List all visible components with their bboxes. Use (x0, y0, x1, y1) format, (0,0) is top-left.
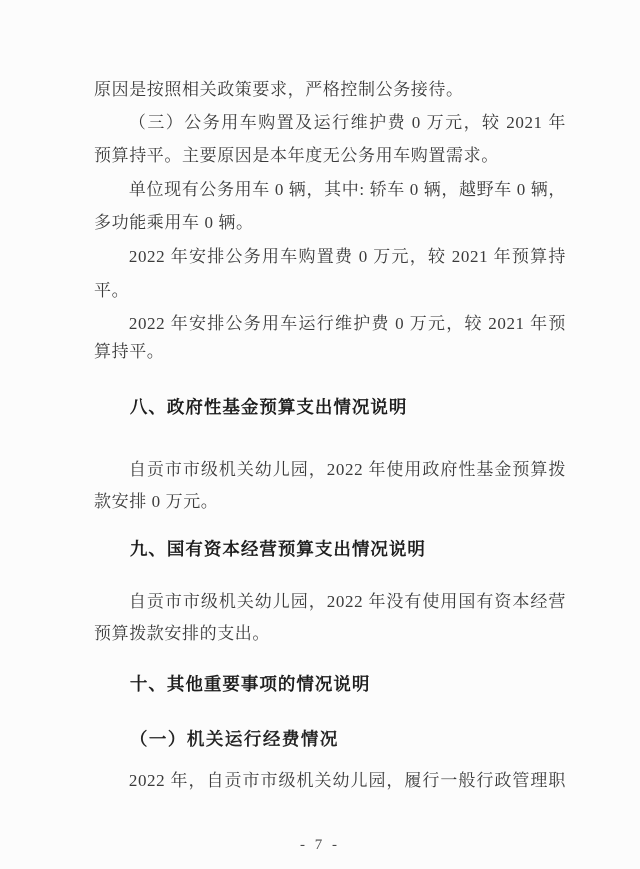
section-heading: 十、其他重要事项的情况说明 (94, 673, 566, 697)
text-line: 多功能乘用车 0 辆。 (94, 211, 566, 235)
text-line: （三）公务用车购置及运行维护费 0 万元，较 2021 年 (94, 111, 566, 135)
text-line: 款安排 0 万元。 (94, 490, 566, 514)
text-line: 自贡市市级机关幼儿园，2022 年没有使用国有资本经营 (94, 590, 566, 614)
text-line: 2022 年安排公务用车运行维护费 0 万元，较 2021 年预 (94, 312, 566, 336)
section-heading: 八、政府性基金预算支出情况说明 (94, 396, 566, 420)
text-line: 自贡市市级机关幼儿园，2022 年使用政府性基金预算拨 (94, 458, 566, 482)
text-line: 2022 年安排公务用车购置费 0 万元，较 2021 年预算持 (94, 245, 566, 269)
text-line: 原因是按照相关政策要求，严格控制公务接待。 (94, 78, 566, 102)
text-line: 预算持平。主要原因是本年度无公务用车购置需求。 (94, 144, 566, 168)
document-page: 原因是按照相关政策要求，严格控制公务接待。 （三）公务用车购置及运行维护费 0 … (0, 0, 640, 869)
text-line: 单位现有公务用车 0 辆，其中: 轿车 0 辆，越野车 0 辆， (94, 178, 566, 202)
section-heading: 九、国有资本经营预算支出情况说明 (94, 538, 566, 562)
sub-heading: （一）机关运行经费情况 (94, 727, 566, 751)
text-line: 预算拨款安排的支出。 (94, 622, 566, 646)
page-number: - 7 - (0, 833, 640, 857)
text-line: 2022 年，自贡市市级机关幼儿园，履行一般行政管理职 (94, 769, 566, 793)
text-line: 平。 (94, 279, 566, 303)
text-line: 算持平。 (94, 340, 566, 364)
